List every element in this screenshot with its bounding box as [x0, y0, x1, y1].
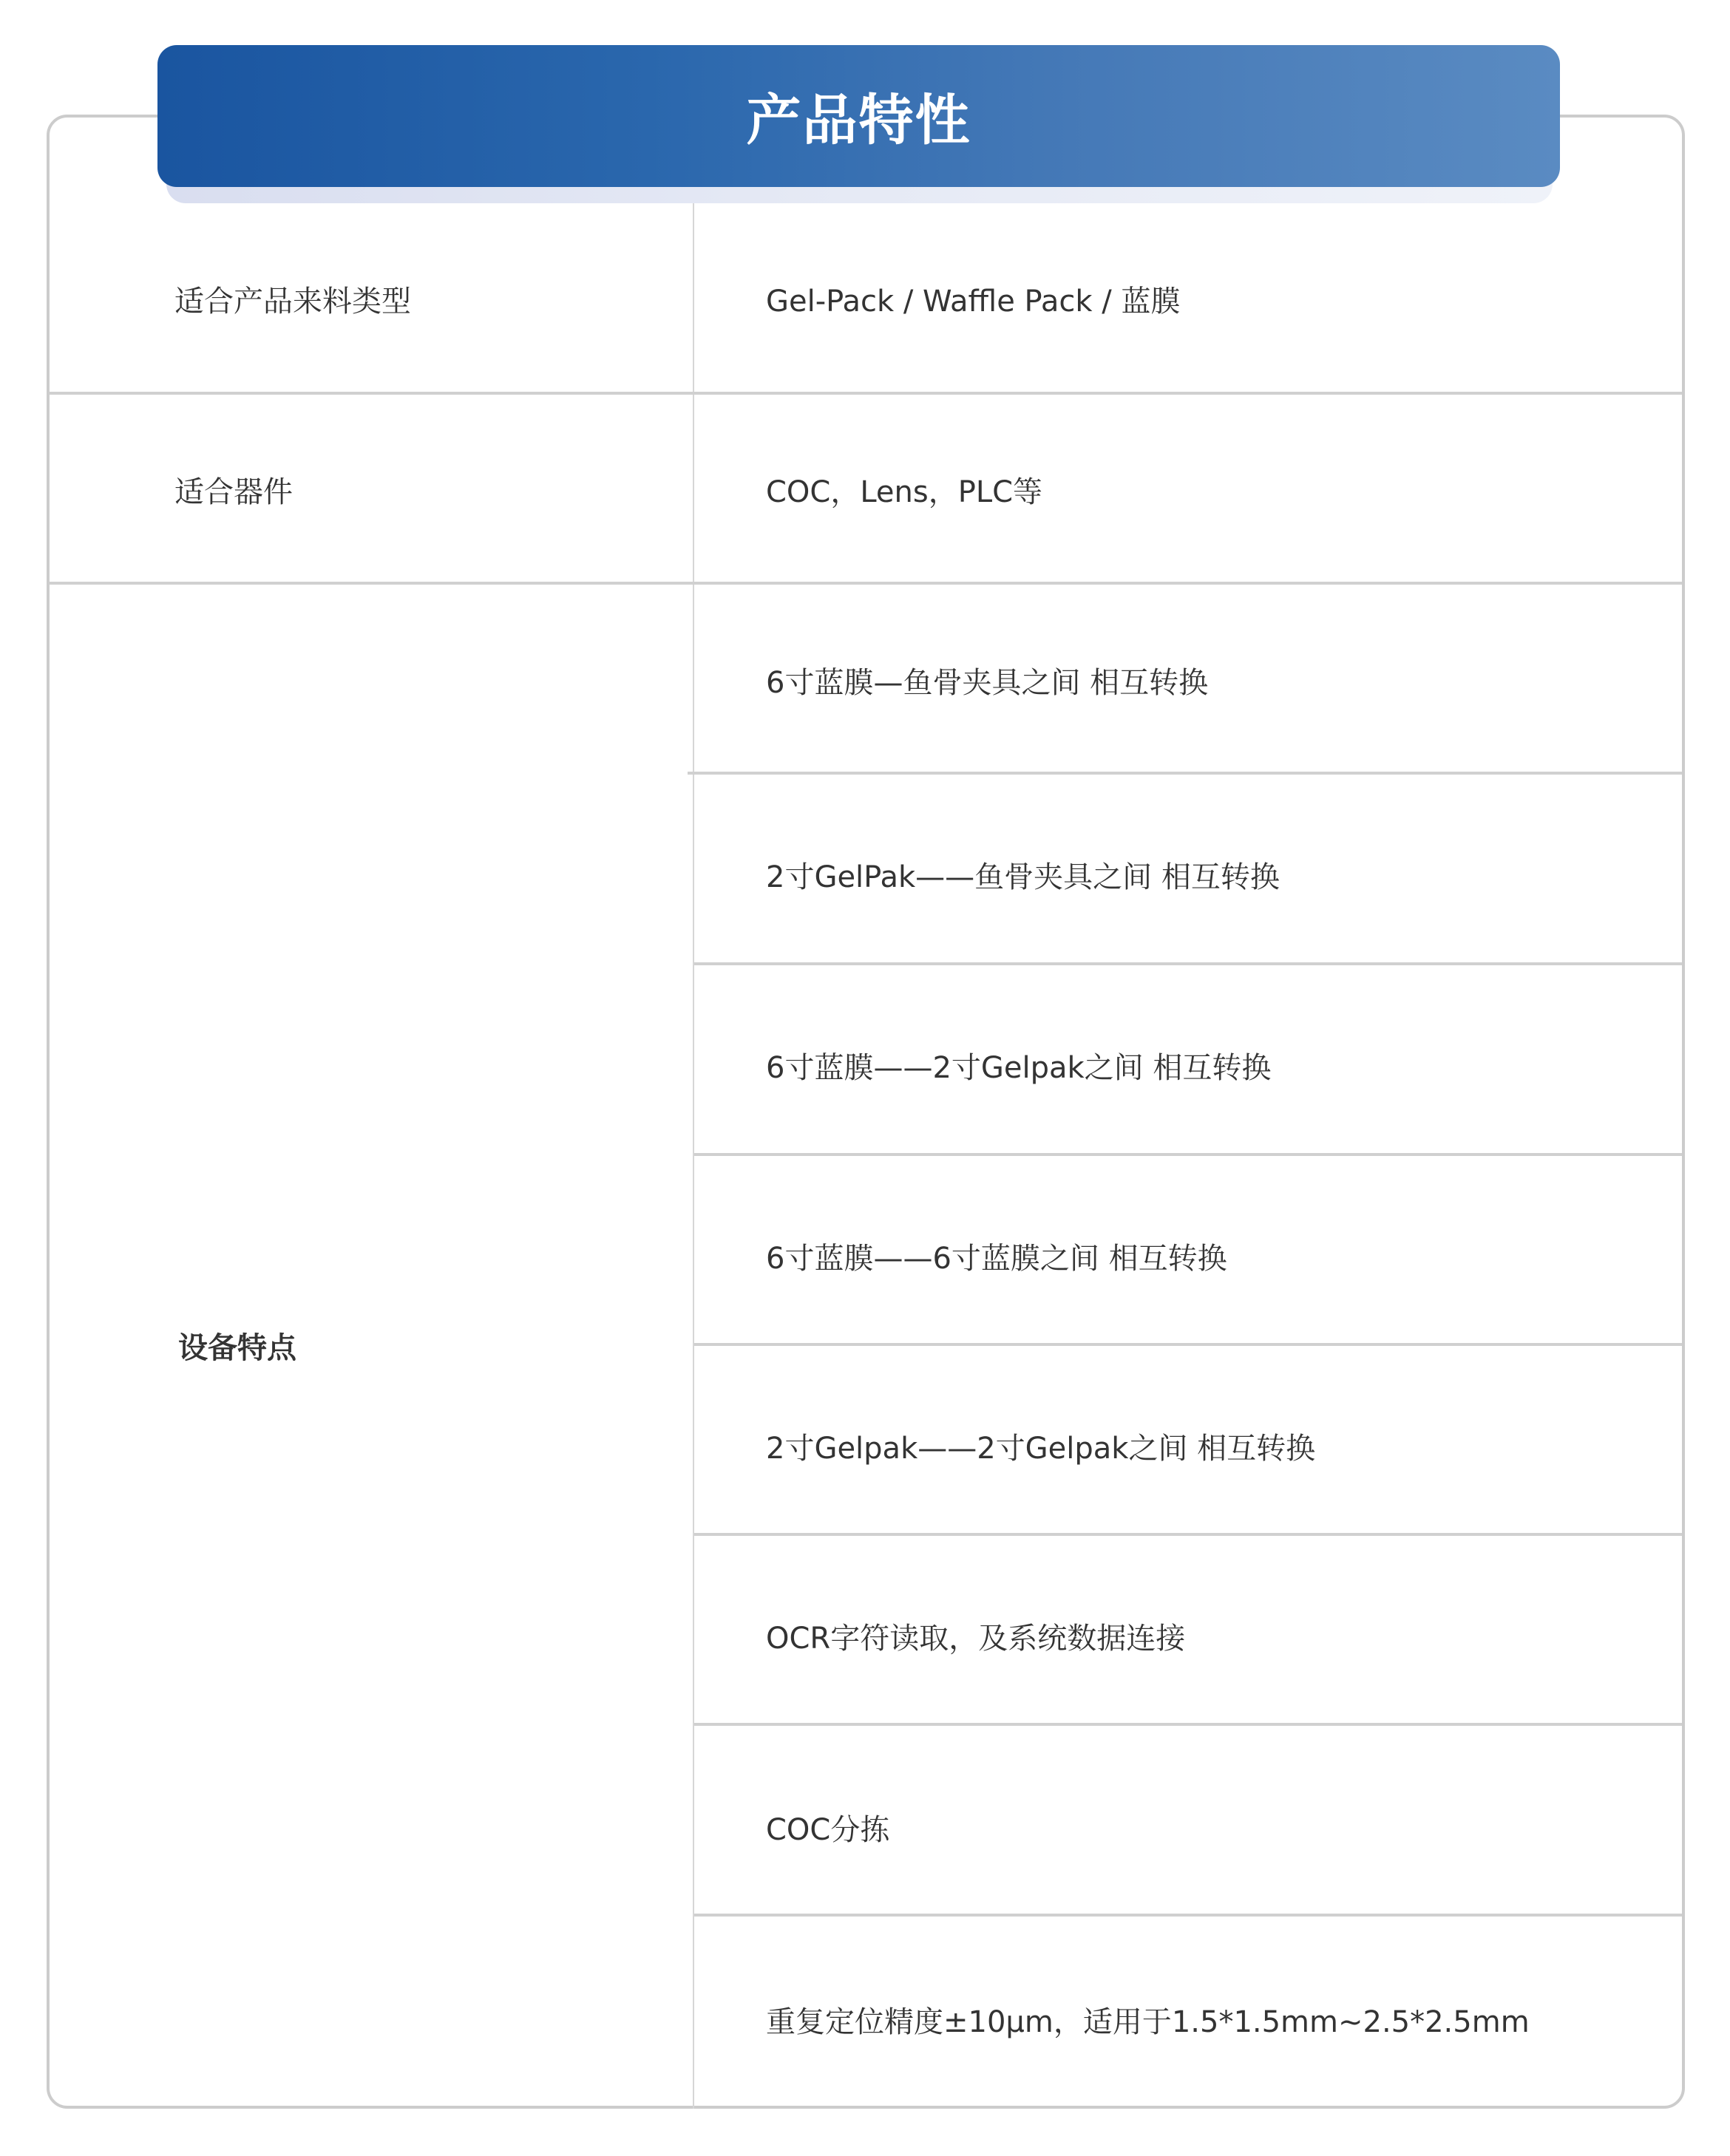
sub-row-divider: [694, 1153, 1682, 1156]
feature-item: 6寸蓝膜—鱼骨夹具之间 相互转换: [766, 665, 1208, 701]
page-title: 产品特性: [747, 77, 971, 155]
features-table-card: [47, 115, 1685, 2109]
feature-item: 6寸蓝膜——2寸Gelpak之间 相互转换: [766, 1050, 1271, 1086]
sub-row-divider: [688, 772, 1682, 775]
feature-item: 6寸蓝膜——6寸蓝膜之间 相互转换: [766, 1241, 1227, 1276]
sub-row-divider: [694, 1343, 1682, 1346]
feature-item: COC分拣: [766, 1812, 889, 1848]
column-divider: [693, 203, 694, 2109]
section-header: 产品特性: [157, 45, 1560, 187]
row-value-devices: COC，Lens，PLC等: [766, 475, 1042, 510]
feature-item: 重复定位精度±10μm，适用于1.5*1.5mm~2.5*2.5mm: [766, 2004, 1530, 2040]
row-value-material-type: Gel-Pack / Waffle Pack / 蓝膜: [766, 284, 1180, 319]
row-divider: [50, 582, 1682, 585]
sub-row-divider: [694, 1723, 1682, 1726]
sub-row-divider: [694, 962, 1682, 965]
feature-item: OCR字符读取，及系统数据连接: [766, 1621, 1185, 1656]
row-label-devices: 适合器件: [174, 475, 293, 510]
feature-item: 2寸Gelpak——2寸Gelpak之间 相互转换: [766, 1431, 1315, 1466]
row-label-material-type: 适合产品来料类型: [174, 284, 411, 319]
row-label-features: 设备特点: [178, 1330, 296, 1366]
sub-row-divider: [694, 1914, 1682, 1917]
row-divider: [50, 392, 1682, 395]
feature-item: 2寸GelPak——鱼骨夹具之间 相互转换: [766, 860, 1280, 895]
sub-row-divider: [694, 1533, 1682, 1536]
